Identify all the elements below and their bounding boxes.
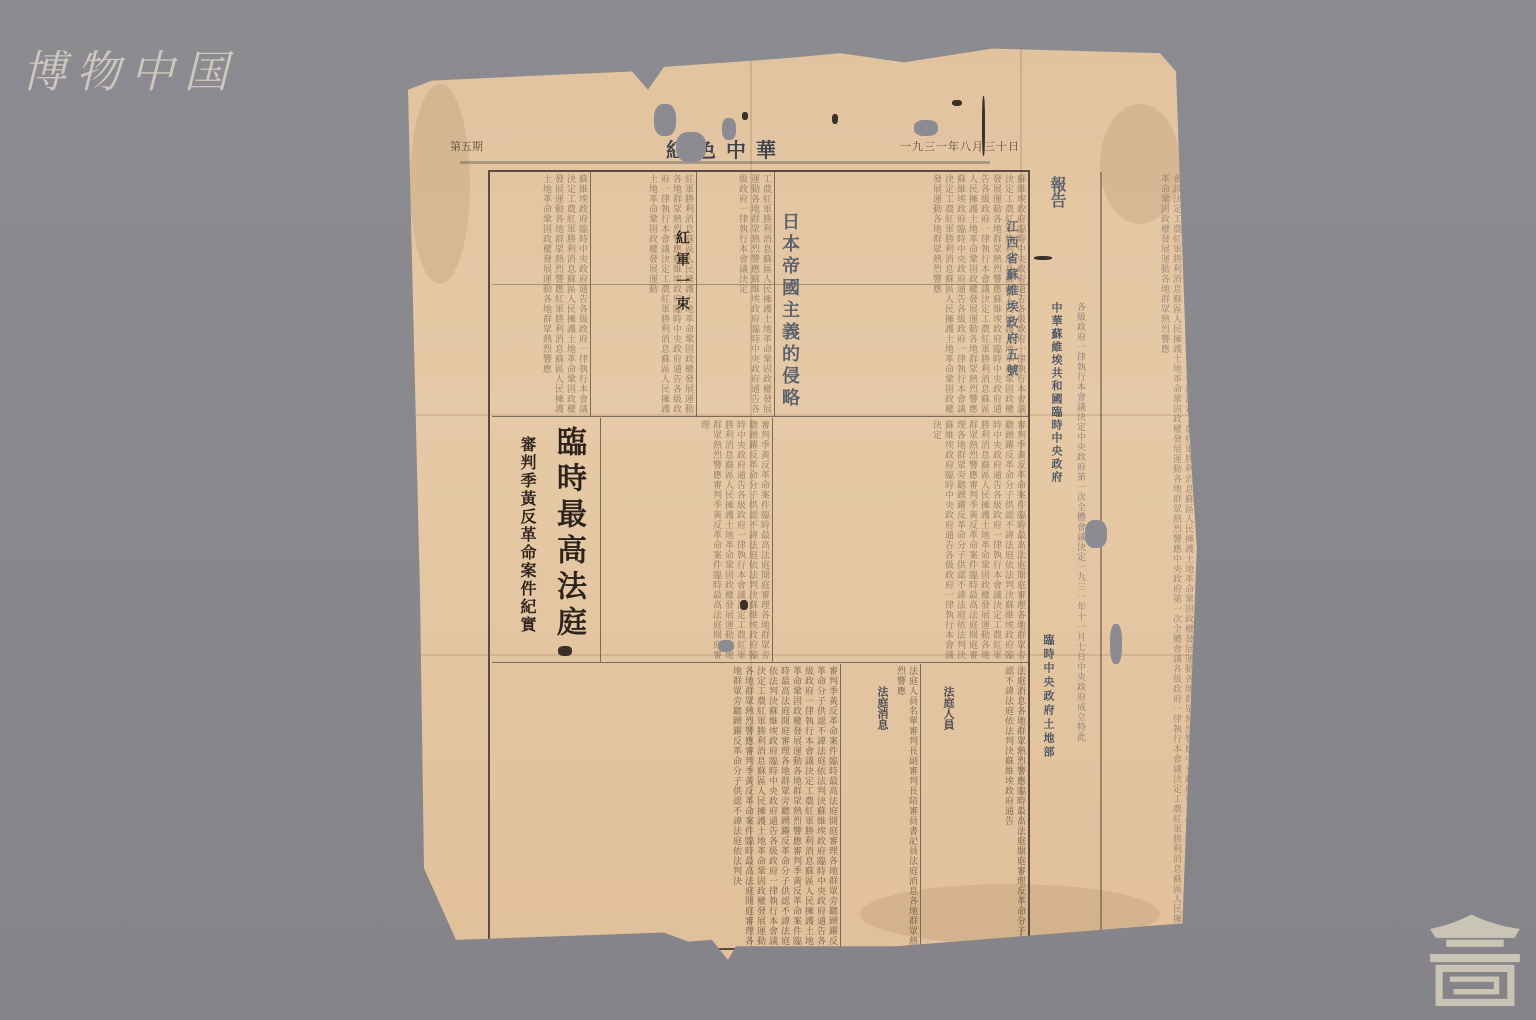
column-rule [1100, 172, 1102, 962]
headline-jiangxi: 江西省蘇維埃政府五號 [1004, 220, 1021, 380]
headline-court-news: 法庭消息 [874, 686, 890, 730]
land-ministry-notice: 臨時中央政府土地部 [1040, 634, 1056, 760]
main-headline: 臨時最高法庭 [546, 426, 590, 642]
notice-heading: 中華蘇維埃共和國臨時中央政府 [1048, 302, 1064, 484]
main-subheadline: 審判季黃反革命案件紀實 [516, 436, 539, 634]
publication-date: 一九三一年八月三十日 [900, 138, 1020, 154]
pavilion-logo-icon [1414, 908, 1536, 1018]
headline-red-army: 紅軍一束 [672, 230, 692, 318]
headline-japan: 日本帝國主義的侵略 [776, 212, 802, 410]
side-label: 報告 [1046, 176, 1069, 208]
headline-court-staff: 法庭人員 [940, 686, 956, 730]
newspaper-sheet: 第五期 紅色中華 一九三一年八月三十日 蘇維埃政府臨時中央政府通告各級政府一律執… [400, 44, 1200, 960]
watermark-text: 博物中国 [22, 36, 238, 100]
masthead: 第五期 紅色中華 一九三一年八月三十日 [434, 138, 1194, 158]
issue-number: 第五期 [450, 138, 483, 154]
masthead-rule [460, 161, 990, 164]
